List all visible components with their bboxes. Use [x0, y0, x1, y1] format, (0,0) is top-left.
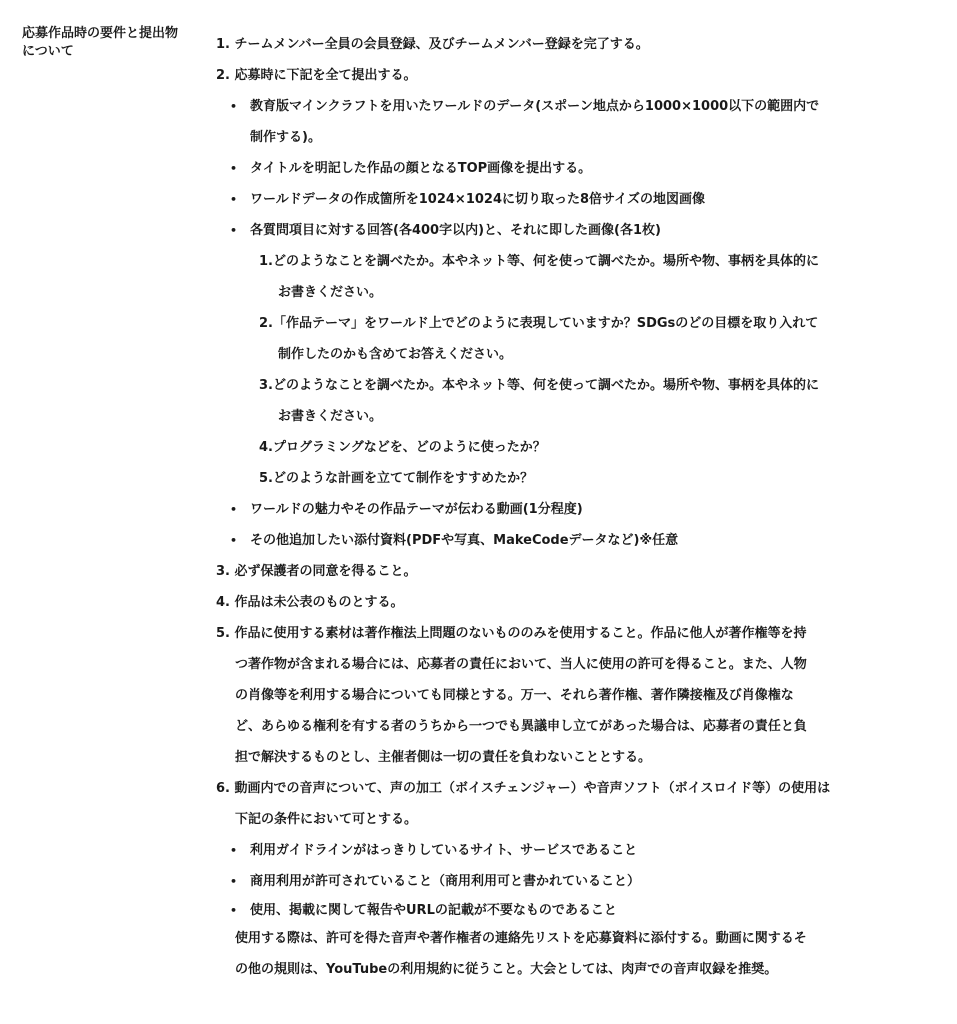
question-5: 5.どのような計画を立てて制作をすすめたか？ — [216, 464, 916, 495]
item-text: 動画内での音声について、声の加工（ボイスチェンジャー）や音声ソフト（ボイスロイド… — [235, 781, 831, 796]
item-number: 2. — [216, 68, 230, 83]
bullet-text: 商用利用が許可されていること（商用利用可と書かれていること） — [250, 874, 640, 889]
question-text: 4.プログラミングなどを、どのように使ったか？ — [259, 440, 546, 455]
question-text: 2.「作品テーマ」をワールド上でどのように表現していますか？SDGsのどの目標を… — [259, 316, 818, 331]
submission-bullet-attachments: • その他追加したい添付資料(PDFや写真、MakeCodeデータなど)※任意 — [216, 526, 916, 557]
list-item-5: 5. 作品に使用する素材は著作権法上問題のないもののみを使用すること。作品に他人… — [216, 619, 916, 650]
audio-condition-no-report: • 使用、掲載に関して報告やURLの記載が不要なものであること — [216, 898, 916, 924]
bullet-text: 制作する)。 — [250, 130, 321, 145]
section-label: 応募作品時の要件と提出物 について — [22, 25, 202, 61]
list-item-5-cont: の肖像等を利用する場合についても同様とする。万一、それら著作権、著作隣接権及び肖… — [216, 681, 916, 712]
item-number: 1. — [216, 37, 230, 52]
bullet-icon: • — [230, 836, 237, 866]
item-text: 必ず保護者の同意を得ること。 — [235, 564, 417, 579]
question-text: 制作したのかも含めてお答えください。 — [278, 347, 512, 362]
item-number: 6. — [216, 781, 230, 796]
bullet-icon: • — [230, 154, 237, 184]
question-2-cont: 制作したのかも含めてお答えください。 — [216, 340, 916, 371]
question-text: 3.どのようなことを調べたか。本やネット等、何を使って調べたか。場所や物、事柄を… — [259, 378, 819, 393]
item-text: つ著作物が含まれる場合には、応募者の責任において、当人に使用の許可を得ること。ま… — [235, 657, 807, 672]
item-text: 応募時に下記を全て提出する。 — [235, 68, 417, 83]
submission-bullet-world-data: • 教育版マインクラフトを用いたワールドのデータ(スポーン地点から1000×10… — [216, 92, 916, 123]
item-text: ど、あらゆる権利を有する者のうちから一つでも異議申し立てがあった場合は、応募者の… — [235, 719, 807, 734]
item-number: 5. — [216, 626, 230, 641]
audio-condition-commercial: • 商用利用が許可されていること（商用利用可と書かれていること） — [216, 867, 916, 898]
question-text: 5.どのような計画を立てて制作をすすめたか？ — [259, 471, 533, 486]
note-text: の他の規則は、YouTubeの利用規約に従うこと。大会としては、肉声での音声収録… — [235, 962, 777, 977]
submission-bullet-world-data-cont: 制作する)。 — [216, 123, 916, 154]
item-number: 3. — [216, 564, 230, 579]
bullet-icon: • — [230, 898, 237, 924]
list-item-1: 1. チームメンバー全員の会員登録、及びチームメンバー登録を完了する。 — [216, 30, 916, 61]
section-label-line1: 応募作品時の要件と提出物 — [22, 25, 202, 43]
bullet-icon: • — [230, 526, 237, 556]
list-item-2: 2. 応募時に下記を全て提出する。 — [216, 61, 916, 92]
item-number: 4. — [216, 595, 230, 610]
item-text: チームメンバー全員の会員登録、及びチームメンバー登録を完了する。 — [235, 37, 649, 52]
bullet-text: タイトルを明記した作品の顔となるTOP画像を提出する。 — [250, 161, 591, 176]
item-text: の肖像等を利用する場合についても同様とする。万一、それら著作権、著作隣接権及び肖… — [235, 688, 794, 703]
question-2: 2.「作品テーマ」をワールド上でどのように表現していますか？SDGsのどの目標を… — [216, 309, 916, 340]
item-text: 作品は未公表のものとする。 — [235, 595, 404, 610]
bullet-icon: • — [230, 92, 237, 122]
question-1-cont: お書きください。 — [216, 278, 916, 309]
submission-bullet-map-image: • ワールドデータの作成箇所を1024×1024に切り取った8倍サイズの地図画像 — [216, 185, 916, 216]
item-text: 担で解決するものとし、主催者側は一切の責任を負わないこととする。 — [235, 750, 651, 765]
question-text: お書きください。 — [278, 409, 382, 424]
submission-bullet-top-image: • タイトルを明記した作品の顔となるTOP画像を提出する。 — [216, 154, 916, 185]
question-text: 1.どのようなことを調べたか。本やネット等、何を使って調べたか。場所や物、事柄を… — [259, 254, 819, 269]
list-item-5-cont: つ著作物が含まれる場合には、応募者の責任において、当人に使用の許可を得ること。ま… — [216, 650, 916, 681]
bullet-text: 使用、掲載に関して報告やURLの記載が不要なものであること — [250, 903, 617, 918]
question-3-cont: お書きください。 — [216, 402, 916, 433]
bullet-icon: • — [230, 216, 237, 246]
list-item-4: 4. 作品は未公表のものとする。 — [216, 588, 916, 619]
list-item-5-cont: ど、あらゆる権利を有する者のうちから一つでも異議申し立てがあった場合は、応募者の… — [216, 712, 916, 743]
list-item-6: 6. 動画内での音声について、声の加工（ボイスチェンジャー）や音声ソフト（ボイス… — [216, 774, 916, 805]
question-1: 1.どのようなことを調べたか。本やネット等、何を使って調べたか。場所や物、事柄を… — [216, 247, 916, 278]
requirements-list: 1. チームメンバー全員の会員登録、及びチームメンバー登録を完了する。 2. 応… — [216, 30, 916, 986]
list-item-3: 3. 必ず保護者の同意を得ること。 — [216, 557, 916, 588]
question-3: 3.どのようなことを調べたか。本やネット等、何を使って調べたか。場所や物、事柄を… — [216, 371, 916, 402]
submission-bullet-answers: • 各質問項目に対する回答(各400字以内)と、それに即した画像(各1枚) — [216, 216, 916, 247]
list-item-6-cont: 下記の条件において可とする。 — [216, 805, 916, 836]
audio-condition-guidelines: • 利用ガイドラインがはっきりしているサイト、サービスであること — [216, 836, 916, 867]
bullet-text: ワールドデータの作成箇所を1024×1024に切り取った8倍サイズの地図画像 — [250, 192, 705, 207]
bullet-icon: • — [230, 867, 237, 897]
bullet-icon: • — [230, 495, 237, 525]
note-text: 使用する際は、許可を得た音声や著作権者の連絡先リストを応募資料に添付する。動画に… — [235, 931, 807, 946]
bullet-text: 各質問項目に対する回答(各400字以内)と、それに即した画像(各1枚) — [250, 223, 661, 238]
bullet-text: その他追加したい添付資料(PDFや写真、MakeCodeデータなど)※任意 — [250, 533, 678, 548]
bullet-icon: • — [230, 185, 237, 215]
item-text: 作品に使用する素材は著作権法上問題のないもののみを使用すること。作品に他人が著作… — [235, 626, 807, 641]
item-text: 下記の条件において可とする。 — [235, 812, 417, 827]
question-text: お書きください。 — [278, 285, 382, 300]
list-item-5-cont: 担で解決するものとし、主催者側は一切の責任を負わないこととする。 — [216, 743, 916, 774]
audio-note-cont: の他の規則は、YouTubeの利用規約に従うこと。大会としては、肉声での音声収録… — [216, 955, 916, 986]
section-label-line2: について — [22, 43, 202, 61]
audio-note: 使用する際は、許可を得た音声や著作権者の連絡先リストを応募資料に添付する。動画に… — [216, 924, 916, 955]
submission-bullet-video: • ワールドの魅力やその作品テーマが伝わる動画(1分程度) — [216, 495, 916, 526]
bullet-text: 教育版マインクラフトを用いたワールドのデータ(スポーン地点から1000×1000… — [250, 99, 819, 114]
bullet-text: ワールドの魅力やその作品テーマが伝わる動画(1分程度) — [250, 502, 583, 517]
bullet-text: 利用ガイドラインがはっきりしているサイト、サービスであること — [250, 843, 637, 858]
question-4: 4.プログラミングなどを、どのように使ったか？ — [216, 433, 916, 464]
